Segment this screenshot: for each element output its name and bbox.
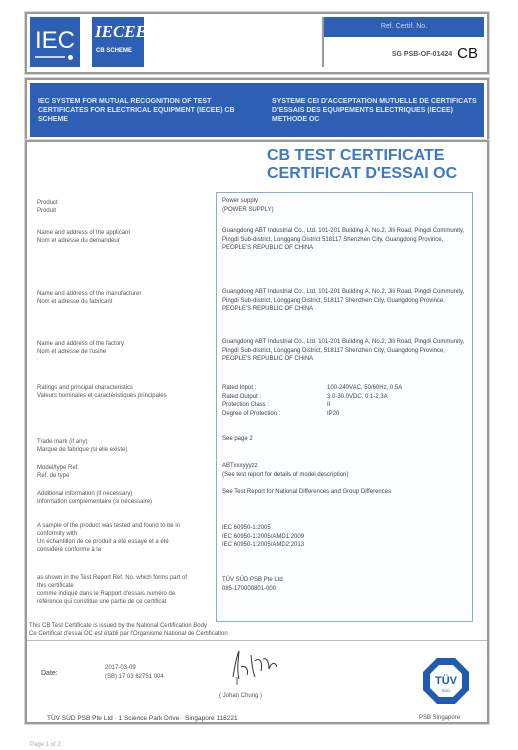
standards-list: IEC 60950-1:2005 IEC 60950-1:2005/AMD1:2…: [222, 524, 467, 550]
svg-text:TÜV: TÜV: [435, 674, 458, 687]
product-label-fr: Produit: [37, 207, 207, 215]
iec-logo-text: IEC: [35, 27, 75, 55]
tuv-logo: TÜV SÜD: [422, 657, 470, 705]
page-number: Page 1 of 2: [30, 742, 61, 748]
scheme-title-en: IEC SYSTEM FOR MUTUAL RECOGNITION OF TES…: [38, 97, 253, 124]
report-issuer: TÜV SÜD PSB Pte Ltd: [222, 576, 467, 585]
rating-key: Degree of Protection :: [222, 410, 327, 419]
signature-icon: [225, 647, 285, 687]
rating-value: 3.0-30.0VDC, 0.1-2.3A: [327, 393, 388, 402]
report-label: as shown in the Test Report Ref. No. whi…: [37, 574, 187, 606]
applicant-label-fr: Nom et adresse du demandeur: [37, 237, 207, 245]
standard-item: IEC 60950-1:2005/AMD1:2009: [222, 533, 467, 542]
factory-value: Guangdong ABT Industrial Co., Ltd. 101-2…: [222, 338, 467, 364]
rating-row: Rated Output :3.0-30.0VDC, 0.1-2.3A: [222, 393, 467, 402]
ref-label: Ref. Certif. No.: [324, 17, 484, 37]
issue-note-fr: Ce Certificat d'essai OC est établi par …: [29, 630, 228, 638]
iec-logo: IEC: [30, 17, 80, 67]
ratings-table: Rated Input :100-240VAC, 50/60Hz, 0.5A R…: [222, 384, 467, 418]
date-reference: (SB) 17 03 62751 004: [105, 673, 164, 682]
model-label-en: Model/type Ref.: [37, 464, 207, 472]
report-label-fr: comme indiqué dans le Rapport d'essais n…: [37, 590, 187, 606]
rating-row: Degree of Protection :IP20: [222, 410, 467, 419]
ref-number: SG PSB-OF-01424: [392, 51, 452, 58]
model-label-fr: Ref. de type: [37, 472, 207, 480]
product-name-alt: (POWER SUPPLY): [222, 206, 467, 215]
rating-key: Rated Input :: [222, 384, 327, 393]
ratings-label-en: Ratings and principal characteristics: [37, 384, 207, 392]
model-number: ABTxxxyyyzz: [222, 462, 467, 471]
ref-number-row: SG PSB-OF-01424CB: [392, 45, 478, 62]
issuer-address: TÜV SÜD PSB Pte Ltd · 1 Science Park Dri…: [47, 715, 238, 722]
trademark-label: Trade mark (if any) Marque de fabrique (…: [37, 438, 207, 454]
factory-label-fr: Nom et adresse de l'usine: [37, 348, 207, 356]
trademark-value: See page 2: [222, 435, 467, 444]
tuv-octagon-icon: TÜV SÜD: [422, 657, 470, 705]
title-en: CB TEST CERTIFICATE: [267, 147, 457, 165]
ratings-label-fr: Valeurs nominales et caractéristiques pr…: [37, 392, 207, 400]
rating-key: Rated Output :: [222, 393, 327, 402]
manufacturer-label-en: Name and address of the manufacturer: [37, 290, 207, 298]
standards-label: A sample of the product was tested and f…: [37, 522, 187, 554]
rating-value: 100-240VAC, 50/60Hz, 0.5A: [327, 384, 402, 393]
iecee-logo-text: IECEE: [95, 22, 147, 42]
additional-label: Additional information (if necessary) In…: [37, 490, 207, 506]
product-label-en: Product: [37, 199, 207, 207]
additional-label-fr: Information complémentaire (si nécessair…: [37, 498, 207, 506]
factory-label-en: Name and address of the factory: [37, 340, 207, 348]
report-value: TÜV SÜD PSB Pte Ltd 085-170000801-000: [222, 576, 467, 593]
iecee-logo-sub: CB SCHEME: [96, 48, 132, 55]
report-label-en: as shown in the Test Report Ref. No. whi…: [37, 574, 187, 590]
rating-value: II: [327, 401, 330, 410]
ratings-label: Ratings and principal characteristics Va…: [37, 384, 207, 400]
issue-note: This CB Test Certificate is issued by th…: [29, 622, 228, 638]
trademark-label-en: Trade mark (if any): [37, 438, 207, 446]
manufacturer-label: Name and address of the manufacturer Nom…: [37, 290, 207, 306]
svg-text:SÜD: SÜD: [442, 688, 451, 693]
certificate-header: IEC IECEE CB SCHEME Ref. Certif. No. SG …: [25, 12, 489, 74]
issue-note-en: This CB Test Certificate is issued by th…: [29, 622, 228, 630]
cb-mark: CB: [457, 45, 478, 62]
rating-key: Protection Class :: [222, 401, 327, 410]
iec-logo-dot: [68, 55, 73, 60]
applicant-label-en: Name and address of the applicant: [37, 229, 207, 237]
reference-box: Ref. Certif. No. SG PSB-OF-01424CB: [322, 17, 484, 67]
title-fr: CERTIFICAT D'ESSAI OC: [267, 165, 457, 183]
product-label: Product Produit: [37, 199, 207, 215]
iecee-logo: IECEE CB SCHEME: [92, 17, 144, 67]
product-value: Power supply (POWER SUPPLY): [222, 197, 467, 214]
scheme-band-frame: IEC SYSTEM FOR MUTUAL RECOGNITION OF TES…: [25, 78, 489, 142]
signer-name: ( Johan Chung ): [219, 693, 262, 699]
standard-item: IEC 60950-1:2005/AMD2:2013: [222, 541, 467, 550]
model-value: ABTxxxyyyzz (See test report for details…: [222, 462, 467, 479]
additional-value: See Test Report for National Differences…: [222, 488, 467, 497]
product-name: Power supply: [222, 197, 467, 206]
model-label: Model/type Ref. Ref. de type: [37, 464, 207, 480]
applicant-value: Guangdong ABT Industrial Co., Ltd. 101-2…: [222, 227, 467, 253]
rating-row: Protection Class :II: [222, 401, 467, 410]
scheme-title-fr: SYSTEME CEI D'ACCEPTATION MUTUELLE DE CE…: [272, 97, 482, 124]
applicant-label: Name and address of the applicant Nom et…: [37, 229, 207, 245]
iec-logo-bar: [35, 56, 65, 58]
date-value: 2017-03-09 (SB) 17 03 62751 004: [105, 664, 164, 682]
standards-label-fr: Un échantillon de ce produit a été essay…: [37, 538, 187, 554]
rating-value: IP20: [327, 410, 339, 419]
model-note: (See test report for details of model de…: [222, 471, 467, 480]
scheme-band: IEC SYSTEM FOR MUTUAL RECOGNITION OF TES…: [30, 83, 484, 137]
standard-item: IEC 60950-1:2005: [222, 524, 467, 533]
rating-row: Rated Input :100-240VAC, 50/60Hz, 0.5A: [222, 384, 467, 393]
standards-label-en: A sample of the product was tested and f…: [37, 522, 187, 538]
manufacturer-value: Guangdong ABT Industrial Co., Ltd. 101-2…: [222, 288, 467, 314]
trademark-label-fr: Marque de fabrique (si elle existe): [37, 446, 207, 454]
certificate-body: CB TEST CERTIFICATE CERTIFICAT D'ESSAI O…: [25, 140, 489, 724]
tuv-caption: PSB Singapore: [419, 715, 460, 721]
divider: [27, 640, 487, 641]
date-label: Date:: [41, 670, 58, 677]
report-number: 085-170000801-000: [222, 585, 467, 594]
certificate-title: CB TEST CERTIFICATE CERTIFICAT D'ESSAI O…: [267, 147, 457, 183]
factory-label: Name and address of the factory Nom et a…: [37, 340, 207, 356]
manufacturer-label-fr: Nom et adresse du fabricant: [37, 298, 207, 306]
issue-date: 2017-03-09: [105, 664, 164, 673]
additional-label-en: Additional information (if necessary): [37, 490, 207, 498]
